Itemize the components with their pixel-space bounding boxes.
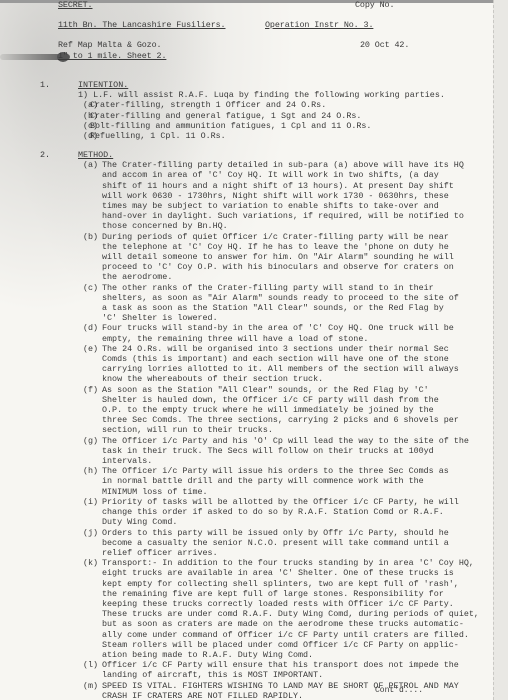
list-item: (e) The 24 O.Rs. will be organised into … xyxy=(80,344,480,385)
section-title: INTENTION. xyxy=(78,80,128,90)
section-intention: 1. INTENTION. 1) L.F. will assist R.A.F.… xyxy=(40,80,480,141)
list-item: (b) Crater-filling and general fatigue, … xyxy=(80,111,480,121)
list-item: (l) Officer i/c CF Party will ensure tha… xyxy=(80,660,480,680)
section-number: 2. xyxy=(40,150,50,160)
page-edge xyxy=(493,0,508,700)
classification: SECRET. xyxy=(58,0,92,10)
list-item: (b) During periods of quiet Officer i/c … xyxy=(80,232,480,283)
intention-paragraph: 1) L.F. will assist R.A.F. Luqa by findi… xyxy=(78,90,480,100)
section-method: 2. METHOD. (a) The Crater-filling party … xyxy=(40,150,480,700)
list-item: (a) Crater-filling, strength 1 Officer a… xyxy=(80,100,480,110)
list-item: (d) Refuelling, 1 Cpl. 11 O.Rs. xyxy=(80,131,480,141)
section-title: METHOD. xyxy=(78,150,113,160)
list-item: (h) The Officer i/c Party will issue his… xyxy=(80,466,480,497)
list-item: (k) Transport:- In addition to the four … xyxy=(80,558,480,660)
section-number: 1. xyxy=(40,80,50,90)
list-item: (d) Four trucks will stand-by in the are… xyxy=(80,323,480,343)
instruction-title: Operation Instr No. 3. xyxy=(265,20,373,30)
document-date: 20 Oct 42. xyxy=(360,40,409,50)
list-item: (f) As soon as the Station "All Clear" s… xyxy=(80,385,480,436)
list-item: (c) The other ranks of the Crater-fillin… xyxy=(80,283,480,324)
unit-name: 11th Bn. The Lancashire Fusiliers. xyxy=(58,20,225,30)
list-item: (c) Bolt-filling and ammunition fatigues… xyxy=(80,121,480,131)
copy-number: Copy No. xyxy=(355,0,394,10)
map-reference: Ref Map Malta & Gozo. xyxy=(58,40,161,50)
continued-marker: Cont'd.... xyxy=(375,686,423,695)
map-sheet: 1" to 1 mile. Sheet 2. xyxy=(58,51,166,61)
list-item: (g) The Officer i/c Party and his 'O' Cp… xyxy=(80,436,480,467)
list-item: (j) Orders to this party will be issued … xyxy=(80,528,480,559)
list-item: (i) Priority of tasks will be allotted b… xyxy=(80,497,480,528)
document-page: SECRET. Copy No. 11th Bn. The Lancashire… xyxy=(0,0,494,700)
list-item: (a) The Crater-filling party detailed in… xyxy=(80,160,480,231)
